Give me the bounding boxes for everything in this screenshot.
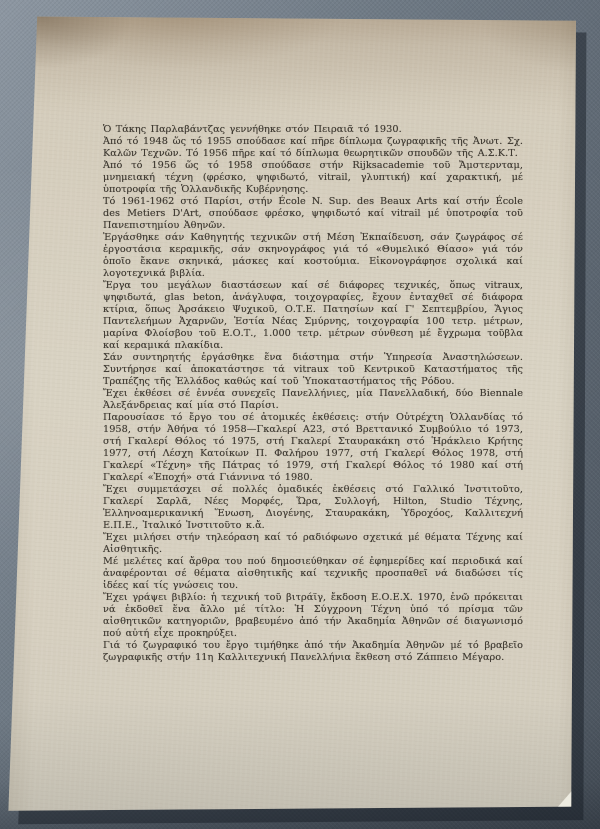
bio-paragraph: Ἔχει μιλήσει στήν τηλεόραση καί τό ραδιό… [103,532,523,556]
paper-sheet: Ὁ Τάκης Παρλαβάντζας γεννήθηκε στόν Πειρ… [0,0,600,829]
bio-paragraph: Ἔχει γράψει βιβλίο: ἡ τεχνική τοῦ βιτράϊ… [103,592,523,640]
bio-paragraph: Μέ μελέτες καί ἄρθρα του πού δημοσιεύθηκ… [103,556,523,592]
bio-paragraph: Γιά τό ζωγραφικό του ἔργο τιμήθηκε ἀπό τ… [103,640,523,664]
scanned-photo: Ὁ Τάκης Παρλαβάντζας γεννήθηκε στόν Πειρ… [0,0,600,829]
bio-paragraph: Ἀπό τό 1948 ὥς τό 1955 σπούδασε καί πῆρε… [103,136,523,160]
biography-text: Ὁ Τάκης Παρλαβάντζας γεννήθηκε στόν Πειρ… [103,124,523,664]
corner-curl [548,788,575,807]
bio-paragraph: Ἔχει συμμετάσχει σέ πολλές ὁμαδικές ἐκθέ… [103,484,523,532]
bio-paragraph: Ἐργάσθηκε σάν Καθηγητής τεχνικῶν στή Μέσ… [103,232,523,280]
bio-paragraph: Ἀπό τό 1956 ὥς τό 1958 σπούδασε στήν Rij… [103,160,523,196]
bio-paragraph: Παρουσίασε τό ἔργο του σέ ἀτομικές ἐκθέσ… [103,412,523,484]
bio-paragraph: Σάν συντηρητής ἐργάσθηκε ἕνα διάστημα στ… [103,352,523,388]
bio-paragraph: Ὁ Τάκης Παρλαβάντζας γεννήθηκε στόν Πειρ… [103,124,523,136]
bio-paragraph: Ἔχει ἐκθέσει σέ ἐννέα συνεχεῖς Πανελλήνι… [103,388,523,412]
bio-paragraph: Ἔργα του μεγάλων διαστάσεων καί σέ διάφο… [103,280,523,352]
bio-paragraph: Τό 1961-1962 στό Παρίσι, στήν École N. S… [103,196,523,232]
